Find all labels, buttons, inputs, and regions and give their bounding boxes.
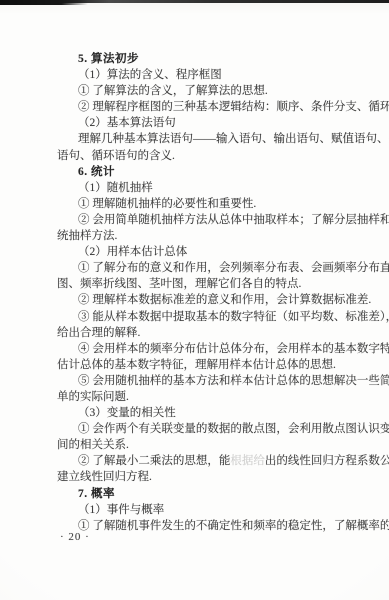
text-line: 给出合理的解释. — [57, 325, 361, 341]
text-line: ② 会用简单随机抽样方法从总体中抽取样本；了解分层抽样和系 — [57, 212, 361, 228]
text-line: （2）用样本估计总体 — [57, 244, 361, 260]
section-heading: 7. 概率 — [57, 486, 361, 502]
text-line: （1）随机抽样 — [57, 180, 361, 196]
text-line: （2）基本算法语句 — [57, 115, 361, 131]
page-content: 5. 算法初步（1）算法的含义、程序框图① 了解算法的含义，了解算法的思想.② … — [57, 51, 361, 534]
text-line: ④ 会用样本的频率分布估计总体分布，会用样本的基本数字特征 — [57, 341, 361, 357]
text-line: 语句、循环语句的含义. — [57, 148, 361, 164]
text-line: （3）变量的相关性 — [57, 405, 361, 421]
text-line: ② 理解程序框图的三种基本逻辑结构：顺序、条件分支、循环. — [57, 99, 361, 115]
text-line: 估计总体的基本数字特征，理解用样本估计总体的思想. — [57, 357, 361, 373]
text-line: ② 理解样本数据标准差的意义和作用，会计算数据标准差. — [57, 292, 361, 308]
text-line: ① 了解算法的含义，了解算法的思想. — [57, 83, 361, 99]
text-line: ⑤ 会用随机抽样的基本方法和样本估计总体的思想解决一些简 — [57, 373, 361, 389]
scanned-page: 5. 算法初步（1）算法的含义、程序框图① 了解算法的含义，了解算法的思想.② … — [0, 0, 389, 600]
section-heading: 5. 算法初步 — [57, 51, 361, 67]
section-heading: 6. 统计 — [57, 164, 361, 180]
text-line: 间的相关关系. — [57, 437, 361, 453]
text-line: ① 理解随机抽样的必要性和重要性. — [57, 196, 361, 212]
text-line: 图、频率折线图、茎叶图，理解它们各自的特点. — [57, 276, 361, 292]
text-line: 建立线性回归方程. — [57, 469, 361, 485]
text-line: ① 了解随机事件发生的不确定性和频率的稳定性，了解概率的意 — [57, 518, 361, 534]
faded-print-text: 根据给 — [230, 455, 265, 467]
text-line: （1）事件与概率 — [57, 502, 361, 518]
scan-edge-artifact-left — [0, 0, 88, 5]
text-line: 单的实际问题. — [57, 389, 361, 405]
text-line: ② 了解最小二乘法的思想，能根据给出的线性回归方程系数公式 — [57, 453, 361, 469]
text-line: ① 会作两个有关联变量的数据的散点图，会利用散点图认识变量 — [57, 421, 361, 437]
text-line: 统抽样方法. — [57, 228, 361, 244]
text-line: 理解几种基本算法语句——输入语句、输出语句、赋值语句、条件 — [57, 131, 361, 147]
text-line: ③ 能从样本数据中提取基本的数字特征（如平均数、标准差），并 — [57, 309, 361, 325]
page-number: · 20 · — [60, 531, 90, 543]
text-line: （1）算法的含义、程序框图 — [57, 67, 361, 83]
text-line: ① 了解分布的意义和作用，会列频率分布表、会画频率分布直方 — [57, 260, 361, 276]
